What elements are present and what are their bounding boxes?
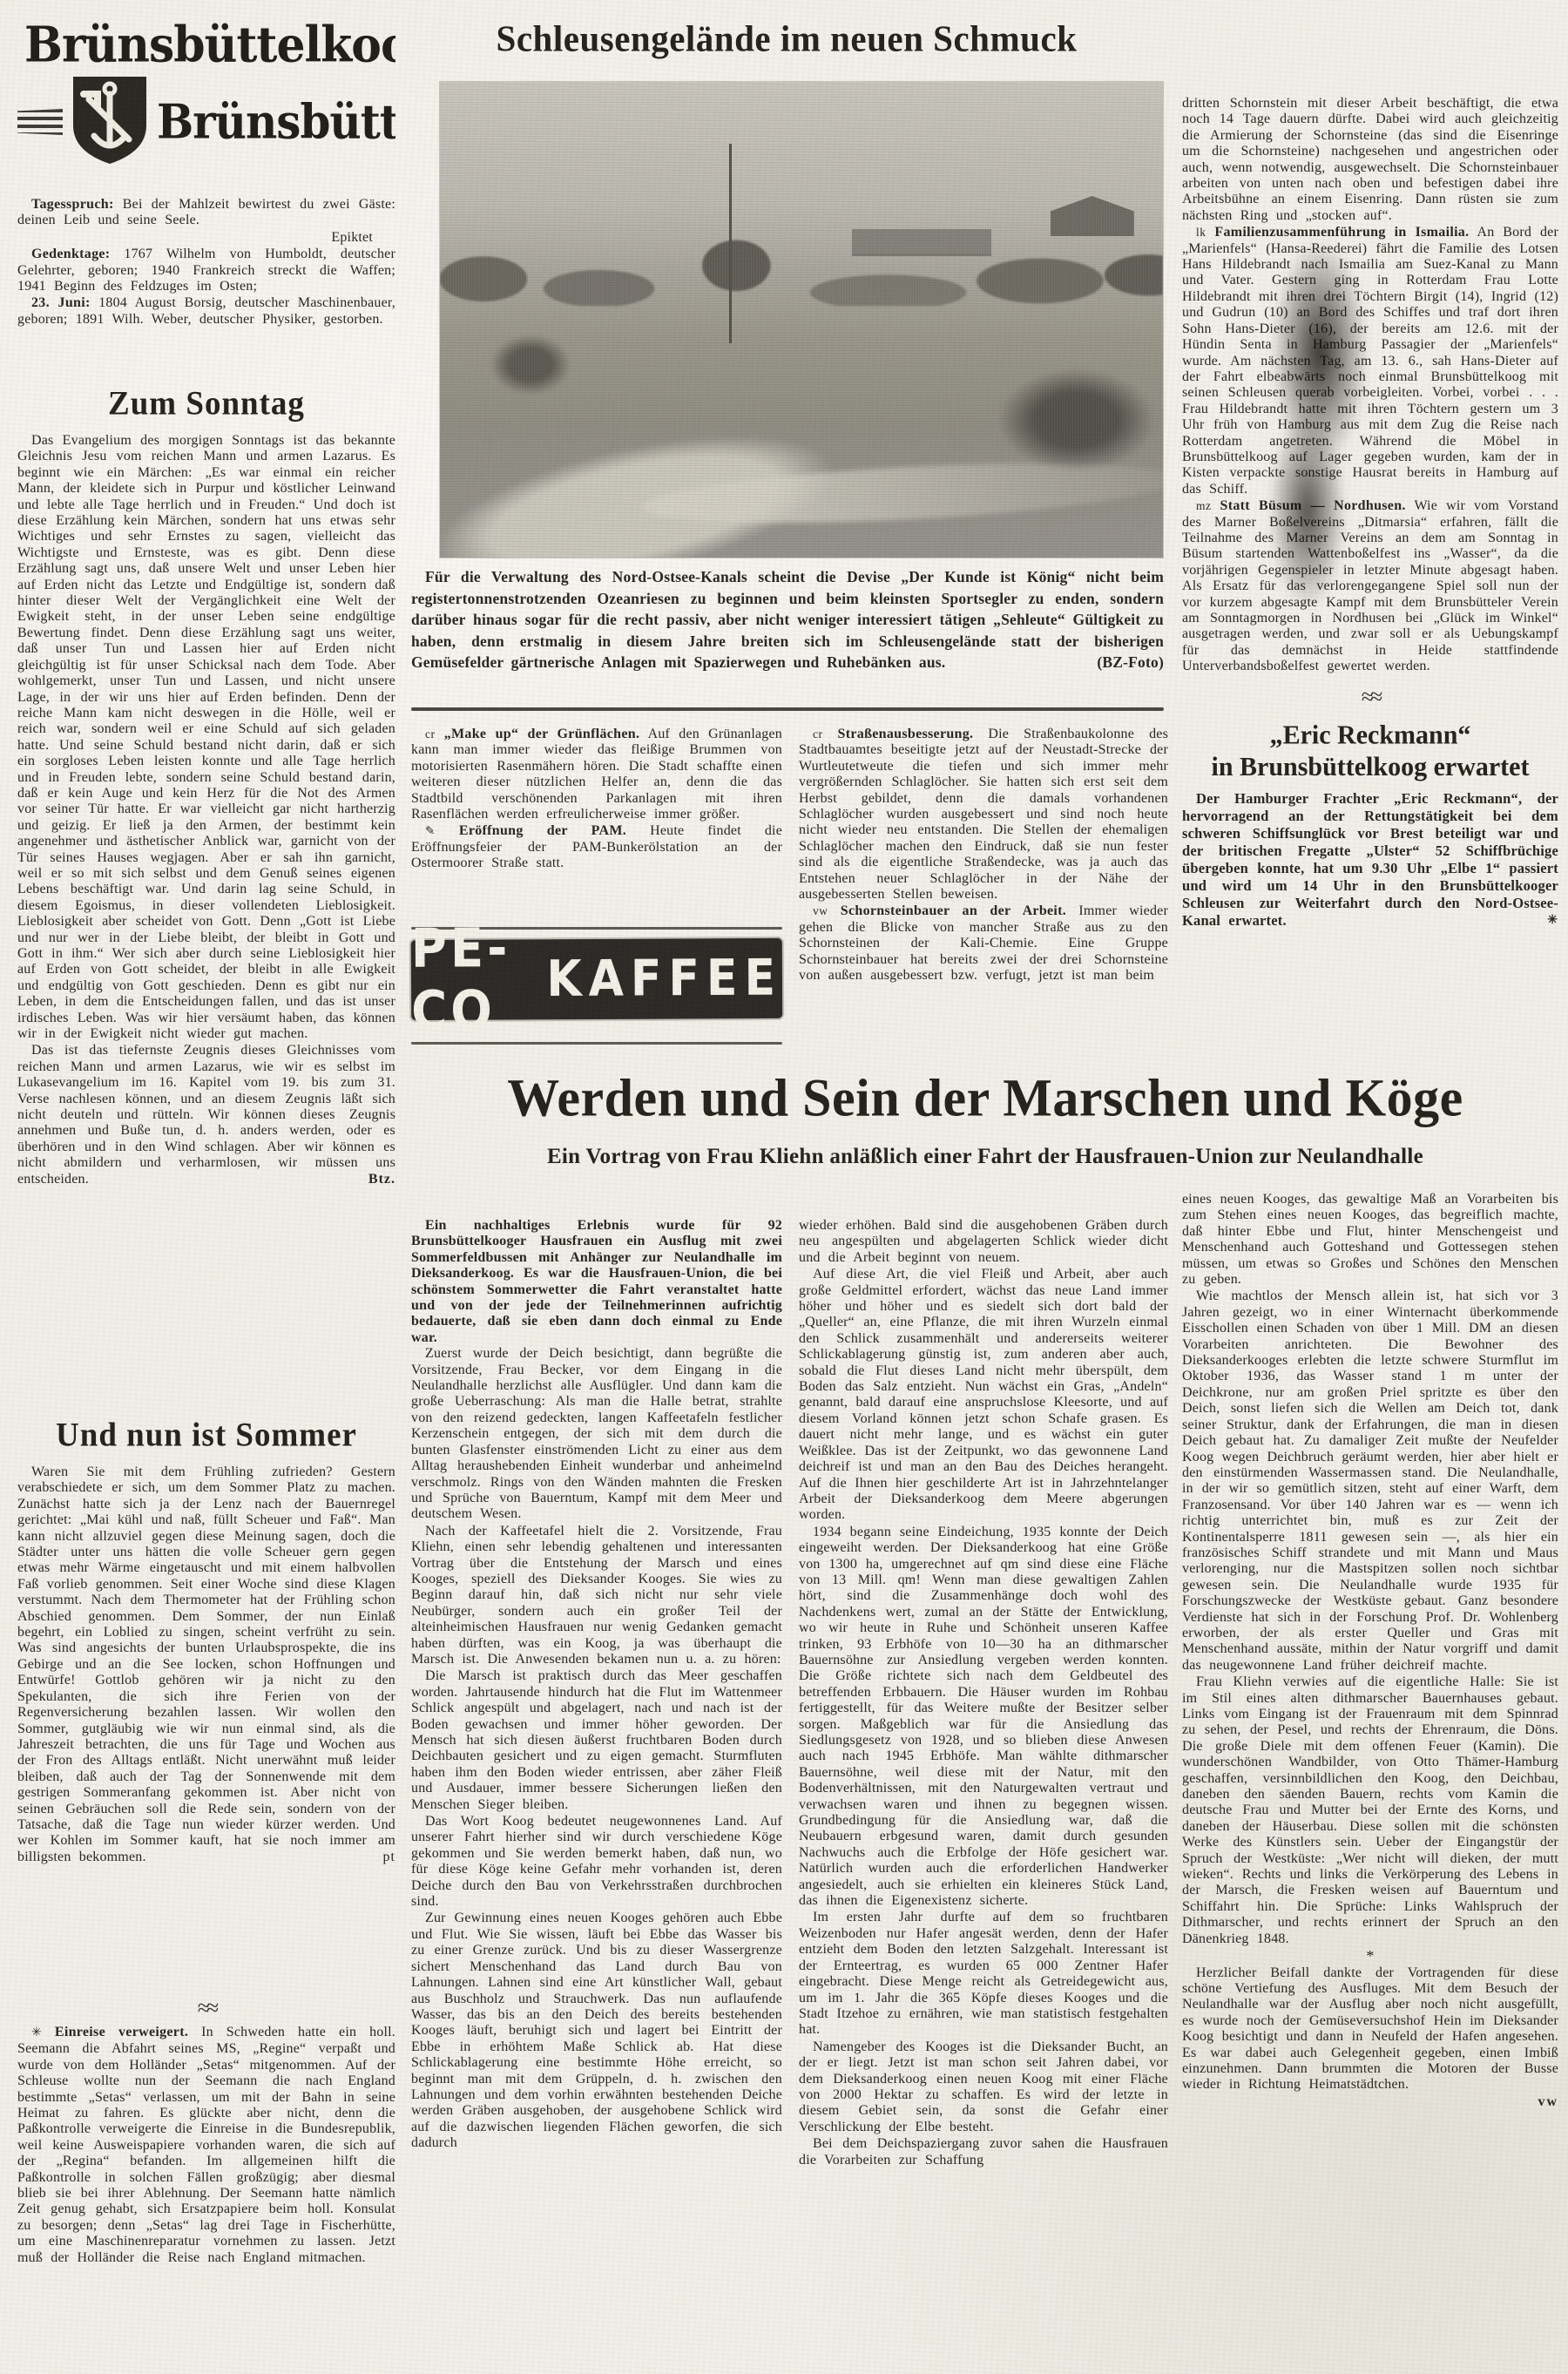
einreise-text: In Schweden hatte ein holl. Seemann die … (17, 2025, 395, 2265)
news-item-text: An Bord der „Marienfels“ (Hansa-Reederei… (1182, 225, 1558, 497)
local-news-right: dritten Schornstein mit dieser Arbeit be… (1182, 96, 1558, 1065)
sommer-article: Und nun ist Sommer Waren Sie mit dem Frü… (17, 1417, 395, 1993)
zum-sonntag-paragraph: Das Evangelium des morgigen Sonntags ist… (17, 433, 395, 1042)
squiggle-divider-icon: ≈≈ (17, 1997, 395, 2019)
article-paragraph: wieder erhöhen. Bald sind die ausgehoben… (799, 1218, 1168, 1266)
star-ornament-icon: ✳ (1533, 912, 1558, 930)
eric-paragraph: Der Hamburger Frachter „Eric Reckmann“, … (1182, 790, 1558, 930)
ad-brand: PE-CO (411, 917, 528, 1043)
eric-heading-line2: in Brunsbüttelkoog erwartet (1212, 752, 1530, 781)
eric-paragraph-text: Der Hamburger Frachter „Eric Reckmann“, … (1182, 790, 1558, 929)
article-paragraph: Zur Gewinnung eines neuen Kooges gehören… (411, 1911, 782, 2151)
sommer-heading: Und nun ist Sommer (17, 1417, 395, 1455)
reporter-code: vw (813, 904, 828, 917)
article-paragraph: eines neuen Kooges, das gewaltige Maß an… (1182, 1192, 1558, 1288)
gedenktage-june: 23. Juni: 1804 August Borsig, deutscher … (17, 295, 395, 328)
zum-sonntag-heading: Zum Sonntag (17, 385, 395, 423)
zum-sonntag-article: Zum Sonntag Das Evangelium des morgigen … (17, 385, 395, 1413)
section-star-icon: * (1182, 1948, 1558, 1964)
photo-story-headline: Schleusengelände im neuen Schmuck (409, 17, 1164, 60)
photo-caption: Für die Verwaltung des Nord-Ostsee-Kanal… (411, 566, 1164, 706)
star-ornament-icon: ✳ (31, 2026, 42, 2039)
tagesspruch-author: Epiktet (17, 230, 395, 246)
article-paragraph: Auf diese Art, die viel Fleiß und Arbeit… (799, 1267, 1168, 1524)
article-column-3: eines neuen Kooges, das gewaltige Maß an… (1182, 1192, 1558, 2366)
news-item: cr Straßenausbesserung. Die Straßenbauko… (799, 727, 1168, 903)
news-item: mz Statt Büsum — Nordhusen. Wie wir vom … (1182, 498, 1558, 674)
town-crest-icon (68, 71, 152, 167)
local-news-left: cr „Make up“ der Grünflächen. Auf den Gr… (411, 727, 782, 923)
june-label: 23. Juni: (31, 295, 91, 310)
news-item-text: Wie wir vom Vorstand des Marner Boßelver… (1182, 498, 1558, 673)
pen-ornament-icon: ✎ (425, 824, 436, 837)
gedenktage-label: Gedenktage: (31, 247, 110, 261)
news-item-title: Statt Büsum — Nordhusen. (1220, 498, 1406, 513)
local-news-mid: cr Straßenausbesserung. Die Straßenbauko… (799, 727, 1168, 1096)
article-column-2: wieder erhöhen. Bald sind die ausgehoben… (799, 1218, 1168, 2366)
news-item-title: Eröffnung der PAM. (459, 823, 626, 838)
news-item-title: Straßenausbesserung. (838, 727, 974, 741)
reporter-code: mz (1196, 499, 1212, 512)
einreise-title: Einreise verweigert. (55, 2025, 188, 2039)
article-paragraph: Bei dem Deichspaziergang zuvor sahen die… (799, 2136, 1168, 2168)
masthead-title-line1: Brünsbüttelkoog (17, 23, 395, 70)
article-paragraph: Namengeber des Kooges ist die Dieksander… (799, 2039, 1168, 2135)
news-item: vw Schornsteinbauer an der Arbeit. Immer… (799, 903, 1168, 984)
peco-kaffee-ad: PE-CO KAFFEE (411, 938, 782, 1020)
reporter-code: cr (813, 727, 823, 741)
photo-caption-text: Für die Verwaltung des Nord-Ostsee-Kanal… (411, 566, 1164, 673)
masthead-title-line2: Brünsbüttel (157, 98, 395, 145)
article-paragraph: Herzlicher Beifall dankte der Vortragend… (1182, 1965, 1558, 2093)
news-item-title: Familienzusammenführung in Ismailia. (1214, 225, 1469, 240)
news-item-text: Die Straßenbaukolonne des Stadtbauamtes … (799, 727, 1168, 902)
article-paragraph: Das Wort Koog bedeutet neugewonnenes Lan… (411, 1814, 782, 1910)
article-intro: Ein nachhaltiges Erlebnis wurde für 92 B… (411, 1218, 782, 1346)
article-headline: Werden und Sein der Marschen und Köge (409, 1067, 1561, 1128)
masthead: Brünsbüttelkoog Brünsbüttel (17, 23, 395, 190)
newspaper-scan: { "glyphs": { "divider": "≈≈", "star": "… (0, 0, 1568, 2374)
article-paragraph: Die Marsch ist praktisch durch das Meer … (411, 1668, 782, 1813)
eric-reckmann-body: Der Hamburger Frachter „Eric Reckmann“, … (1182, 790, 1558, 930)
lock-grounds-photo (440, 82, 1163, 558)
masthead-flourish-left (17, 109, 63, 135)
news-item: cr „Make up“ der Grünflächen. Auf den Gr… (411, 727, 782, 822)
ad-rule-bottom (411, 1042, 782, 1045)
zum-sonntag-paragraph: Das ist das tiefernste Zeugnis dieses Gl… (17, 1043, 395, 1187)
eric-reckmann-heading: „Eric Reckmann“in Brunsbüttelkoog erwart… (1182, 720, 1558, 783)
tagesspruch-label: Tagesspruch: (31, 197, 114, 212)
photo-credit: (BZ-Foto) (1083, 652, 1164, 673)
tagesspruch: Tagesspruch: Bei der Mahlzeit bewirtest … (17, 197, 395, 229)
ad-product: KAFFEE (546, 950, 782, 1008)
reporter-code: cr (425, 727, 436, 741)
article-paragraph: Frau Kliehn verwies auf die eigentliche … (1182, 1674, 1558, 1947)
einreise-paragraph: ✳ Einreise verweigert. In Schweden hatte… (17, 2025, 395, 2266)
photo-grain (440, 82, 1163, 558)
author-initials: vw (1182, 2094, 1558, 2110)
squiggle-divider-icon: ≈≈ (1182, 686, 1558, 708)
article-paragraph: Nach der Kaffeetafel hielt die 2. Vorsit… (411, 1524, 782, 1668)
news-item-title: „Make up“ der Grünflächen. (444, 727, 640, 741)
news-item: lk Familienzusammenführung in Ismailia. … (1182, 225, 1558, 497)
article-paragraph: 1934 begann seine Eindeichung, 1935 konn… (799, 1525, 1168, 1910)
author-initials: pt (369, 1850, 395, 1865)
einreise-item: ✳ Einreise verweigert. In Schweden hatte… (17, 2025, 395, 2366)
article-column-1: Ein nachhaltiges Erlebnis wurde für 92 B… (411, 1218, 782, 2366)
article-subhead: Ein Vortrag von Frau Kliehn anläßlich ei… (409, 1145, 1561, 1169)
news-item: ✎ Eröffnung der PAM. Heute findet die Er… (411, 823, 782, 871)
sommer-paragraph-text: Waren Sie mit dem Frühling zufrieden? Ge… (17, 1464, 395, 1864)
news-continuation: dritten Schornstein mit dieser Arbeit be… (1182, 96, 1558, 224)
article-paragraph: Zuerst wurde der Deich besichtigt, dann … (411, 1346, 782, 1522)
caption-text: Für die Verwaltung des Nord-Ostsee-Kanal… (411, 568, 1164, 671)
zum-sonntag-paragraph-text: Das ist das tiefernste Zeugnis dieses Gl… (17, 1043, 395, 1186)
author-initials: Btz. (355, 1172, 395, 1187)
article-intro-paragraph: Ein nachhaltiges Erlebnis wurde für 92 B… (411, 1218, 782, 1346)
eric-heading-line1: „Eric Reckmann“ (1270, 720, 1471, 750)
article-paragraph: Im ersten Jahr durfte auf dem so fruchtb… (799, 1910, 1168, 2038)
reporter-code: lk (1196, 226, 1206, 239)
caption-rule (411, 707, 1164, 711)
sommer-paragraph: Waren Sie mit dem Frühling zufrieden? Ge… (17, 1464, 395, 1865)
news-item-title: Schornsteinbauer an der Arbeit. (841, 903, 1066, 918)
devotional-block: Tagesspruch: Bei der Mahlzeit bewirtest … (17, 197, 395, 382)
article-paragraph: Wie machtlos der Mensch allein ist, hat … (1182, 1288, 1558, 1674)
gedenktage: Gedenktage: 1767 Wilhelm von Humboldt, d… (17, 247, 395, 294)
